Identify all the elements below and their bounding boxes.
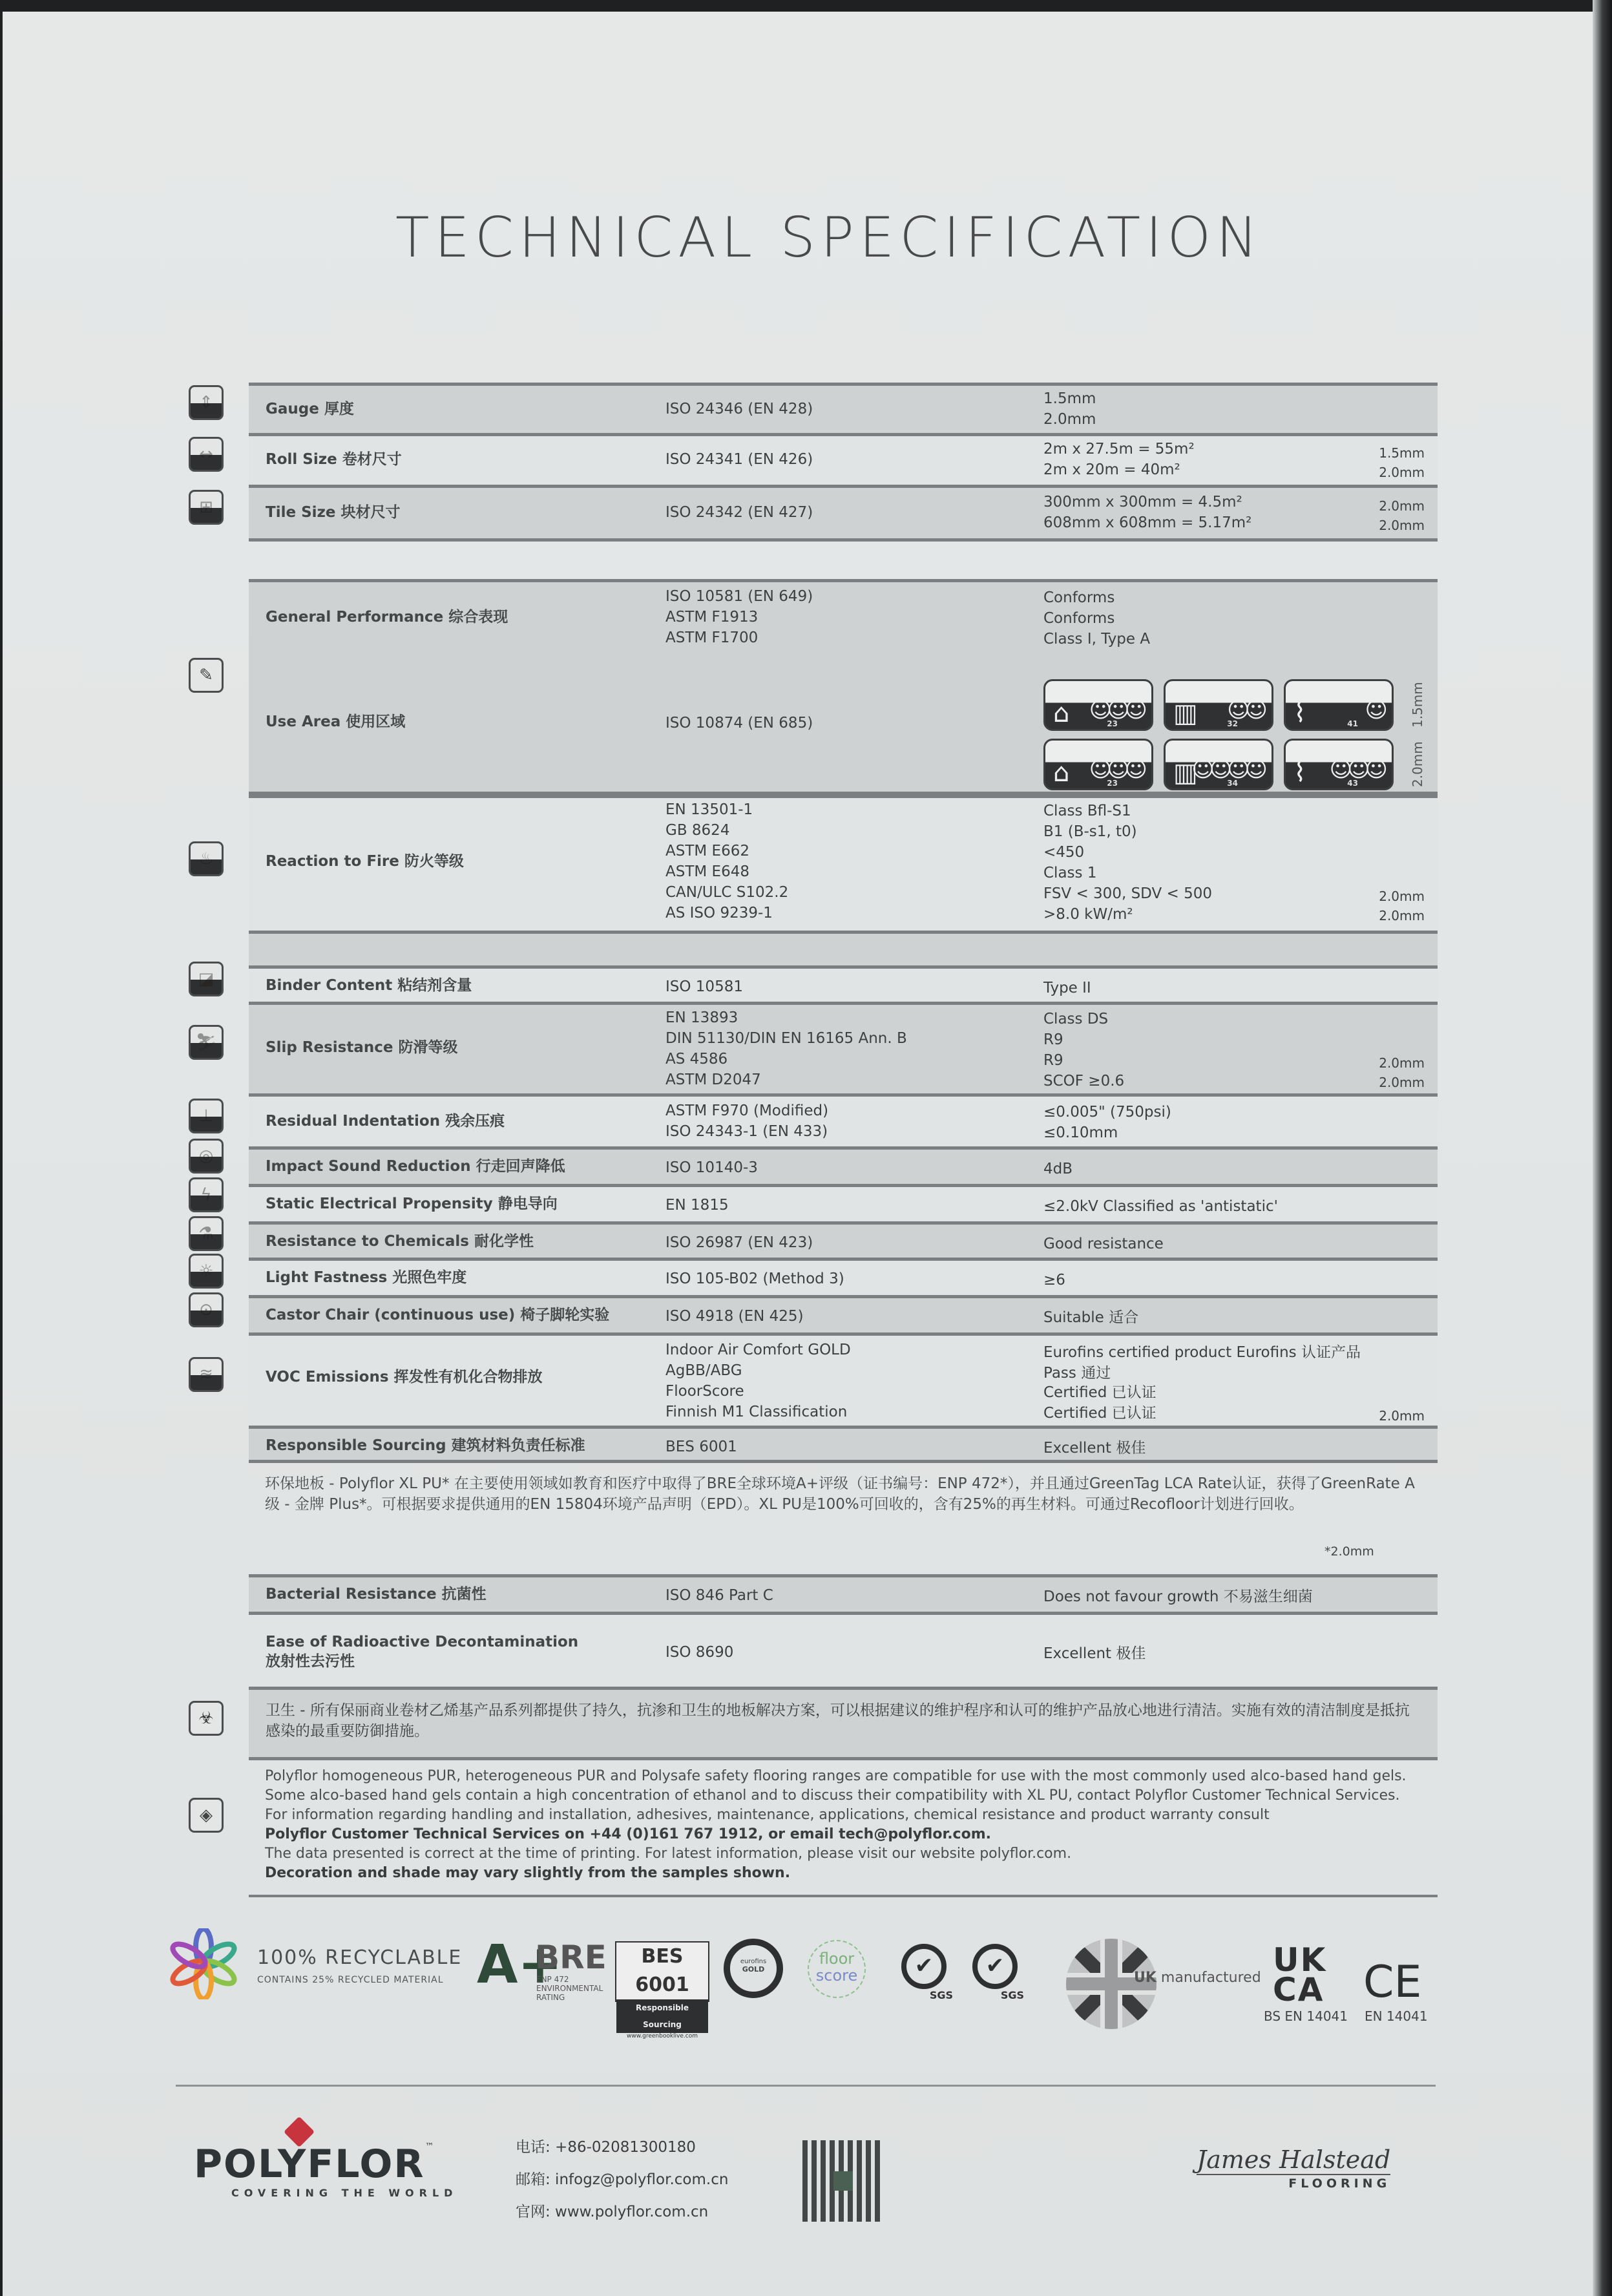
row-label: General Performance 综合表现 — [266, 607, 508, 627]
gauge-thickness-icon: ⇕ — [189, 385, 224, 420]
bre-subtitle: ENP 472ENVIRONMENTALRATING — [536, 1975, 603, 2002]
row-value: 2m x 27.5m = 55m² — [1043, 439, 1195, 459]
use-area-gauge: 2.0mm — [1410, 742, 1425, 787]
info-decoration: Decoration and shade may vary slightly f… — [265, 1865, 790, 1881]
row-standard: ISO 10581 — [665, 976, 743, 997]
row-note: 2.0mm — [1347, 1053, 1425, 1073]
ce-standard: EN 14041 — [1365, 2008, 1428, 2024]
row-label: Light Fastness 光照色牢度 — [266, 1267, 466, 1288]
contact-phone: 电话: +86-02081300180 — [516, 2131, 728, 2164]
slip-icon: ⛷ — [189, 1025, 224, 1060]
uk-manufactured-label: UK manufactured — [1134, 1970, 1261, 1986]
domestic-class-icon: ⌂☺☺☺23 — [1043, 679, 1153, 731]
spec-row-voc: VOC Emissions 挥发性有机化合物排放 Indoor Air Comf… — [249, 1332, 1438, 1426]
row-standard: FloorScore — [665, 1381, 744, 1402]
info-paragraph: Polyflor homogeneous PUR, heterogeneous … — [265, 1767, 1415, 1883]
floorscore-logo: floor score — [808, 1940, 866, 1998]
page-edge — [1593, 0, 1612, 2296]
fire-icon: ♨ — [189, 841, 224, 876]
row-label: Castor Chair (continuous use) 椅子脚轮实验 — [266, 1305, 609, 1325]
row-value: Eurofins certified product Eurofins 认证产品 — [1043, 1342, 1361, 1363]
row-value: Excellent 极佳 — [1043, 1438, 1146, 1459]
eurofins-gold-logo: eurofins GOLD — [724, 1939, 783, 1998]
spec-row-roll-size: Roll Size 卷材尺寸 ISO 24341 (EN 426) 2m x 2… — [249, 433, 1438, 485]
spec-row-responsible-sourcing: Responsible Sourcing 建筑材料负责任标准 BES 6001 … — [249, 1426, 1438, 1463]
row-value: ≤0.005" (750psi) — [1043, 1102, 1171, 1122]
row-standard: ISO 24346 (EN 428) — [665, 399, 813, 419]
chemicals-icon: ⚗ — [189, 1216, 224, 1251]
row-standard: ISO 105-B02 (Method 3) — [665, 1269, 844, 1289]
row-note: 1.5mm — [1347, 443, 1425, 463]
row-standard: ISO 26987 (EN 423) — [665, 1232, 813, 1253]
sgs-logo: ✔ SGS — [895, 1944, 953, 2002]
spec-row-radioactive: Ease of Radioactive Decontamination 放射性去… — [249, 1612, 1438, 1687]
row-standard: EN 1815 — [665, 1195, 729, 1216]
row-label: Reaction to Fire 防火等级 — [266, 851, 464, 872]
use-area-row-2-0mm: ⌂☺☺☺23 ▥☺☺☺☺34 ⌇☺☺☺43 2.0mm — [1043, 739, 1440, 790]
row-standard: ASTM D2047 — [665, 1069, 761, 1090]
spec-row-residual-indentation: Residual Indentation 残余压痕 ASTM F970 (Mod… — [249, 1093, 1438, 1146]
biohazard-icon: ☣ — [189, 1701, 224, 1736]
row-value: 2.0mm — [1043, 409, 1096, 430]
row-label: Ease of Radioactive Decontamination — [266, 1632, 578, 1652]
row-value: Class DS — [1043, 1009, 1108, 1029]
footer-divider — [176, 2085, 1436, 2087]
row-value: 2m x 20m = 40m² — [1043, 459, 1180, 480]
sun-icon: ☼ — [189, 1254, 224, 1289]
row-value: 300mm x 300mm = 4.5m² — [1043, 492, 1242, 512]
contact-website[interactable]: 官网: www.polyflor.com.cn — [516, 2196, 728, 2228]
ukca-standard: BS EN 14041 — [1264, 2008, 1348, 2024]
use-area-classes: ⌂☺☺☺23 ▥☺☺32 ⌇☺41 1.5mm ⌂☺☺☺23 ▥☺☺☺☺34 ⌇… — [1043, 679, 1440, 798]
binder-icon: ◪ — [189, 962, 224, 996]
recycle-flower-icon — [168, 1928, 239, 1999]
flooring-sample-icon: ◈ — [189, 1798, 224, 1833]
row-standard: ASTM F1913 — [665, 607, 758, 627]
row-value: Type II — [1043, 978, 1091, 998]
industrial-class-icon: ⌇☺☺☺43 — [1284, 739, 1394, 790]
row-value: >8.0 kW/m² — [1043, 904, 1133, 925]
row-note: 2.0mm — [1347, 886, 1425, 907]
spec-row-binder-content: Binder Content 粘结剂含量 ISO 10581 Type II — [249, 965, 1438, 1002]
qr-code[interactable] — [802, 2140, 884, 2222]
row-standard: GB 8624 — [665, 820, 729, 841]
spec-row-reaction-to-fire: Reaction to Fire 防火等级 EN 13501-1 GB 8624… — [249, 795, 1438, 931]
indentation-icon: ⊥ — [189, 1099, 224, 1133]
row-label: Tile Size 块材尺寸 — [266, 502, 401, 523]
row-value: R9 — [1043, 1029, 1063, 1050]
row-label: Gauge 厚度 — [266, 399, 354, 419]
row-label: VOC Emissions 挥发性有机化合物排放 — [266, 1367, 543, 1387]
static-icon: ϟ — [189, 1177, 224, 1212]
hygiene-row: 卫生 - 所有保丽商业卷材乙烯基产品系列都提供了持久，抗渗和卫生的地板解决方案，… — [249, 1687, 1438, 1760]
row-standard: ASTM F1700 — [665, 627, 758, 648]
row-value: Certified 已认证 — [1043, 1382, 1157, 1403]
spec-row-impact-sound: Impact Sound Reduction 行走回声降低 ISO 10140-… — [249, 1146, 1438, 1184]
certification-logos: 100% RECYCLABLE CONTAINS 25% RECYCLED MA… — [162, 1913, 1447, 2016]
bre-name: BRE — [535, 1939, 607, 1976]
row-value: 4dB — [1043, 1159, 1073, 1179]
info-text: Polyflor homogeneous PUR, heterogeneous … — [265, 1768, 1407, 1823]
recyclable-subtitle: CONTAINS 25% RECYCLED MATERIAL — [257, 1975, 444, 1985]
polyflor-brand: POLYFLOR — [194, 2142, 425, 2187]
spec-row-chemicals: Resistance to Chemicals 耐化学性 ISO 26987 (… — [249, 1221, 1438, 1258]
row-label: Impact Sound Reduction 行走回声降低 — [266, 1156, 565, 1177]
industrial-class-icon: ⌇☺41 — [1284, 679, 1394, 731]
row-standard: ISO 4918 (EN 425) — [665, 1306, 804, 1327]
row-value: 608mm x 608mm = 5.17m² — [1043, 512, 1251, 533]
row-label: Bacterial Resistance 抗菌性 — [266, 1584, 487, 1605]
row-note: 2.0mm — [1347, 1406, 1425, 1426]
row-note: 2.0mm — [1347, 1072, 1425, 1093]
row-label: 放射性去污性 — [266, 1651, 355, 1672]
row-standard: DIN 51130/DIN EN 16165 Ann. B — [665, 1028, 907, 1049]
row-note: 2.0mm — [1347, 905, 1425, 926]
row-standard: CAN/ULC S102.2 — [665, 882, 788, 903]
row-standard: ISO 10874 (EN 685) — [665, 713, 813, 733]
row-value: Class I, Type A — [1043, 629, 1150, 649]
row-standard: ISO 24341 (EN 426) — [665, 449, 813, 470]
spec-row-bacterial: Bacterial Resistance 抗菌性 ISO 846 Part C … — [249, 1574, 1438, 1612]
row-standard: Finnish M1 Classification — [665, 1402, 847, 1422]
sound-icon: ◎ — [189, 1139, 224, 1174]
roll-size-icon: ↔ — [189, 437, 224, 472]
row-value: SCOF ≥0.6 — [1043, 1071, 1124, 1091]
performance-icon: ✎ — [189, 658, 224, 693]
hygiene-paragraph: 卫生 - 所有保丽商业卷材乙烯基产品系列都提供了持久，抗渗和卫生的地板解决方案，… — [266, 1700, 1416, 1742]
row-label: Use Area 使用区域 — [266, 711, 405, 732]
jh-flooring: FLOORING — [1197, 2174, 1390, 2191]
row-value: 1.5mm — [1043, 388, 1096, 409]
row-label: Responsible Sourcing 建筑材料负责任标准 — [266, 1435, 585, 1456]
row-label: Static Electrical Propensity 静电导向 — [266, 1194, 558, 1214]
row-note: 2.0mm — [1347, 515, 1425, 536]
row-label: Resistance to Chemicals 耐化学性 — [266, 1231, 534, 1252]
spec-row-castor-chair: Castor Chair (continuous use) 椅子脚轮实验 ISO… — [249, 1295, 1438, 1332]
row-standard: ISO 24342 (EN 427) — [665, 502, 813, 523]
row-standard: ASTM E662 — [665, 841, 749, 861]
eco-footnote: *2.0mm — [1324, 1544, 1374, 1559]
polyflor-tagline: COVERING THE WORLD — [231, 2187, 457, 2199]
row-value: Certified 已认证 — [1043, 1403, 1157, 1424]
row-standard: EN 13501-1 — [665, 799, 753, 820]
spec-row-light-fastness: Light Fastness 光照色牢度 ISO 105-B02 (Method… — [249, 1258, 1438, 1295]
row-standard: ISO 846 Part C — [665, 1585, 773, 1606]
row-standard: ISO 24343-1 (EN 433) — [665, 1121, 828, 1142]
row-label: Binder Content 粘结剂含量 — [266, 975, 472, 996]
row-value: B1 (B-s1, t0) — [1043, 821, 1137, 842]
recyclable-title: 100% RECYCLABLE — [257, 1946, 462, 1969]
row-standard: AS ISO 9239-1 — [665, 903, 773, 923]
row-standard: ASTM F970 (Modified) — [665, 1101, 828, 1121]
row-value: Conforms — [1043, 608, 1115, 629]
row-standard: AS 4586 — [665, 1049, 727, 1069]
row-value: Does not favour growth 不易滋生细菌 — [1043, 1586, 1313, 1607]
ce-mark: CE — [1363, 1961, 1421, 2005]
row-value: Conforms — [1043, 587, 1115, 608]
spec-row-tile-size: Tile Size 块材尺寸 ISO 24342 (EN 427) 300mm … — [249, 485, 1438, 542]
james-halstead-logo: James Halstead FLOORING — [1197, 2145, 1390, 2191]
commercial-class-icon: ▥☺☺☺☺34 — [1164, 739, 1273, 790]
row-label: Residual Indentation 残余压痕 — [266, 1111, 505, 1132]
row-value: Suitable 适合 — [1043, 1307, 1138, 1328]
divider — [249, 1895, 1438, 1897]
spec-row-gauge: Gauge 厚度 ISO 24346 (EN 428) 1.5mm 2.0mm — [249, 383, 1438, 434]
row-standard: ISO 10140-3 — [665, 1157, 758, 1178]
contact-info: 电话: +86-02081300180 邮箱: infogz@polyflor.… — [516, 2131, 728, 2228]
castor-chair-icon: ⊙ — [189, 1292, 224, 1327]
use-area-gauge: 1.5mm — [1410, 682, 1425, 728]
row-note: 2.0mm — [1347, 496, 1425, 516]
page-title: TECHNICAL SPECIFICATION — [395, 205, 1197, 270]
domestic-class-icon: ⌂☺☺☺23 — [1043, 739, 1153, 790]
use-area-row-1-5mm: ⌂☺☺☺23 ▥☺☺32 ⌇☺41 1.5mm — [1043, 679, 1440, 731]
row-value: ≤2.0kV Classified as 'antistatic' — [1043, 1196, 1278, 1217]
row-standard: AgBB/ABG — [665, 1360, 742, 1381]
row-standard: ISO 10581 (EN 649) — [665, 586, 813, 607]
row-value: Class 1 — [1043, 863, 1096, 883]
row-value: Good resistance — [1043, 1234, 1164, 1254]
info-contact: Polyflor Customer Technical Services on … — [265, 1826, 991, 1842]
row-value: ≥6 — [1043, 1270, 1065, 1290]
ukca-mark: UKCA — [1273, 1945, 1326, 2005]
row-value: R9 — [1043, 1050, 1063, 1071]
row-label: Slip Resistance 防滑等级 — [266, 1037, 458, 1058]
voc-icon: ≋ — [189, 1357, 224, 1392]
row-value: Excellent 极佳 — [1043, 1643, 1146, 1664]
row-value: <450 — [1043, 842, 1084, 863]
row-note: 2.0mm — [1347, 462, 1425, 483]
row-value: Pass 通过 — [1043, 1363, 1111, 1384]
sgs-logo: ✔ SGS — [966, 1944, 1024, 2002]
jh-signature: James Halstead — [1197, 2145, 1390, 2174]
row-value: ≤0.10mm — [1043, 1122, 1118, 1143]
row-standard: BES 6001 — [665, 1437, 737, 1457]
row-standard: ISO 8690 — [665, 1642, 733, 1663]
row-standard: ASTM E648 — [665, 861, 749, 882]
contact-email[interactable]: 邮箱: infogz@polyflor.com.cn — [516, 2164, 728, 2196]
spec-row-static-electrical: Static Electrical Propensity 静电导向 EN 181… — [249, 1184, 1438, 1221]
row-value: Class Bfl-S1 — [1043, 801, 1131, 821]
bes-6001-logo: BES 6001 Responsible Sourcing www.greenb… — [615, 1941, 709, 2002]
row-standard: EN 13893 — [665, 1007, 738, 1028]
spacer-row — [249, 931, 1438, 967]
commercial-class-icon: ▥☺☺32 — [1164, 679, 1273, 731]
spec-row-slip-resistance: Slip Resistance 防滑等级 EN 13893 DIN 51130/… — [249, 1002, 1438, 1093]
spec-row-general-performance: General Performance 综合表现 ISO 10581 (EN 6… — [249, 579, 1438, 795]
info-disclaimer: The data presented is correct at the tim… — [265, 1846, 1071, 1862]
row-label: Roll Size 卷材尺寸 — [266, 449, 402, 470]
tile-size-icon: ⊞ — [189, 490, 224, 525]
polyflor-logo: POLYFLOR™ COVERING THE WORLD — [194, 2126, 457, 2199]
row-standard: Indoor Air Comfort GOLD — [665, 1340, 851, 1360]
row-value: FSV < 300, SDV < 500 — [1043, 883, 1212, 904]
eco-paragraph: 环保地板 - Polyflor XL PU* 在主要使用领域如教育和医疗中取得了… — [265, 1473, 1415, 1515]
